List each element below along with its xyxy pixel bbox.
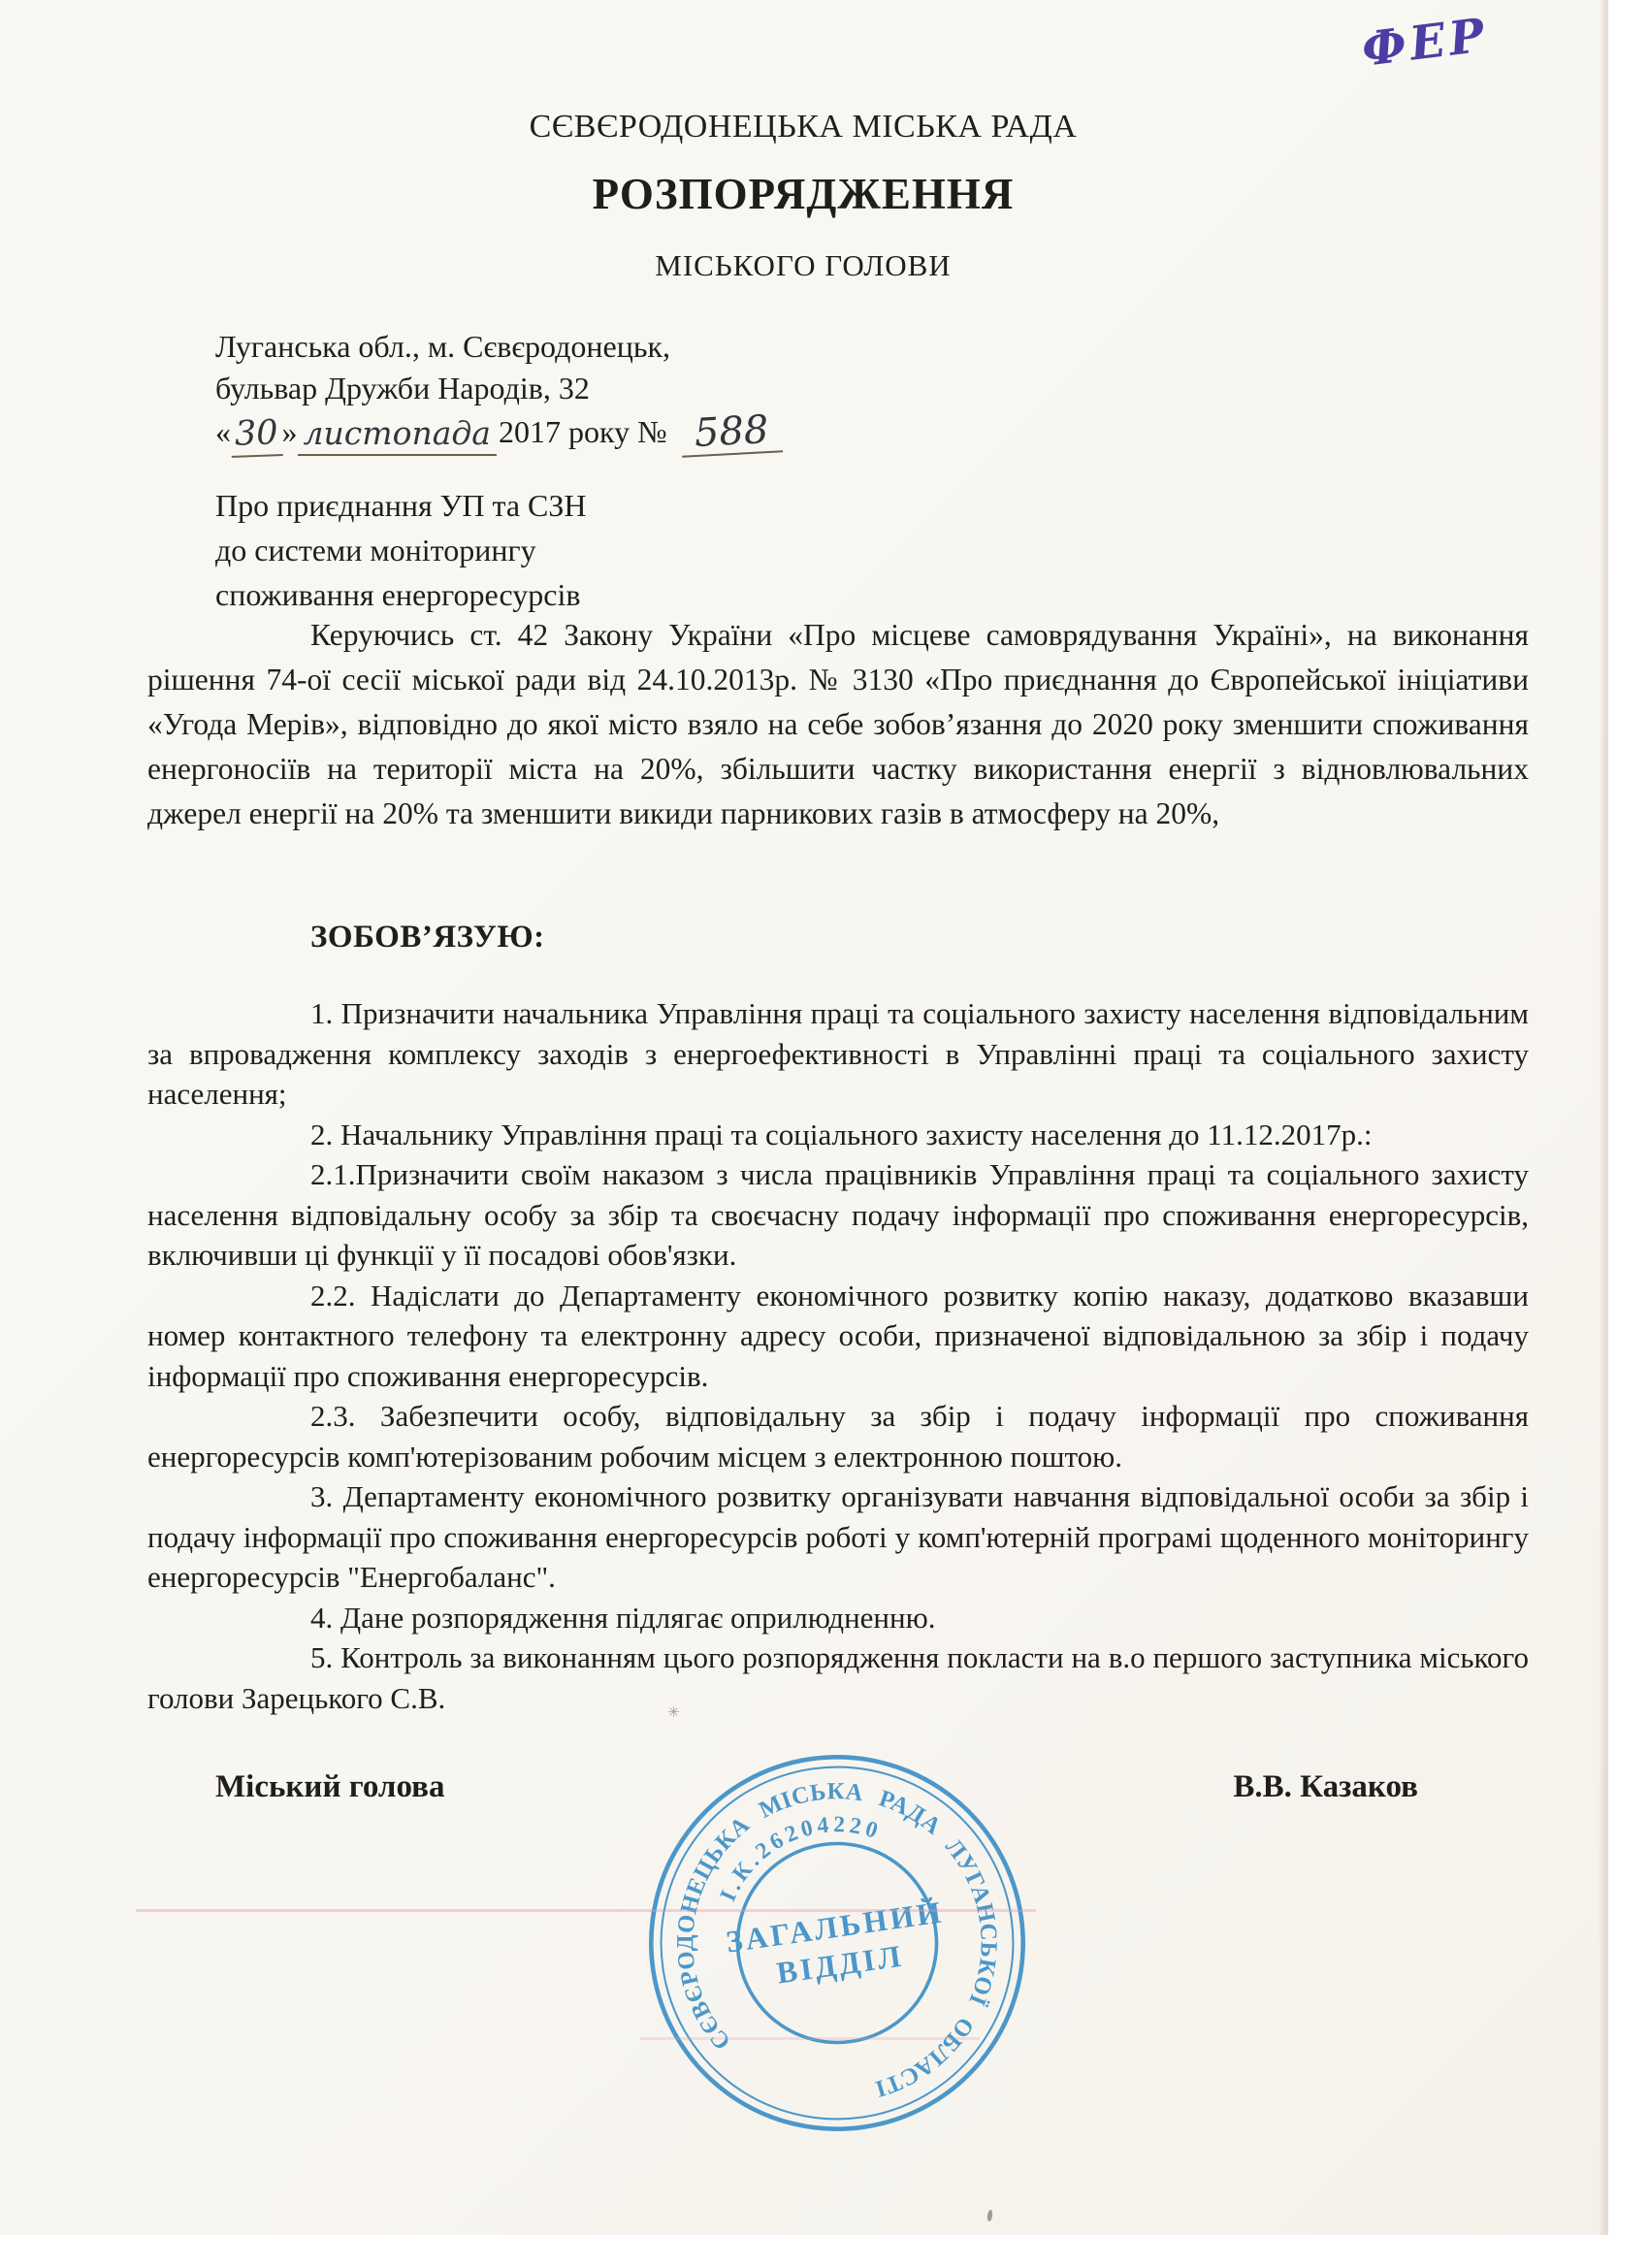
- resolution-heading: ЗОБОВ’ЯЗУЮ:: [310, 920, 545, 956]
- open-quote: «: [215, 414, 231, 449]
- year-and-number-label: 2017 року №: [499, 414, 667, 449]
- preamble-paragraph: Керуючись ст. 42 Закону України «Про міс…: [147, 613, 1529, 836]
- stamp-graphic: СЄВЄРОДОНЕЦЬКА МІСЬКА РАДА ЛУГАНСЬКОЇ ОБ…: [638, 1744, 1036, 2142]
- document-type-title: РОЗПОРЯДЖЕННЯ: [0, 169, 1606, 219]
- date-and-number-line: «30»листопада2017 року №588: [215, 409, 782, 455]
- subject-line-3: споживання енергоресурсів: [215, 572, 587, 617]
- order-item-1: 1. Призначити начальника Управління прац…: [147, 993, 1529, 1115]
- signatory-name: В.В. Казаков: [1233, 1769, 1418, 1805]
- address-line-2: бульвар Дружби Народів, 32: [215, 368, 782, 409]
- subject-line-2: до системи моніторингу: [215, 528, 587, 572]
- order-items: 1. Призначити начальника Управління прац…: [147, 993, 1529, 1718]
- stray-ink-mark: ✳: [667, 1703, 680, 1721]
- order-item-2-1: 2.1.Призначити своїм наказом з числа пра…: [147, 1154, 1529, 1276]
- scan-edge: [1599, 0, 1608, 2235]
- order-item-3: 3. Департаменту економічного розвитку ор…: [147, 1476, 1529, 1598]
- subject-line-1: Про приєднання УП та СЗН: [215, 483, 587, 528]
- scanned-document-page: ФЕР СЄВЄРОДОНЕЦЬКА МІСЬКА РАДА РОЗПОРЯДЖ…: [0, 0, 1649, 2268]
- signatory-title: Міський голова: [215, 1769, 444, 1805]
- order-item-4: 4. Дане розпорядження підлягає оприлюдне…: [147, 1598, 1529, 1638]
- handwritten-day: 30: [230, 412, 282, 458]
- handwritten-document-number: 588: [680, 408, 784, 457]
- document-subtype: МІСЬКОГО ГОЛОВИ: [0, 248, 1606, 283]
- address-line-1: Луганська обл., м. Сєвєродонецьк,: [215, 326, 782, 368]
- close-quote: »: [282, 414, 298, 449]
- handwritten-month: листопада: [298, 412, 497, 456]
- scanner-streak: [136, 1909, 1036, 1912]
- round-official-stamp: СЄВЄРОДОНЕЦЬКА МІСЬКА РАДА ЛУГАНСЬКОЇ ОБ…: [638, 1744, 1036, 2142]
- order-item-2: 2. Начальнику Управління праці та соціал…: [147, 1115, 1529, 1155]
- subject-block: Про приєднання УП та СЗН до системи моні…: [215, 483, 587, 617]
- order-item-2-3: 2.3. Забезпечити особу, відповідальну за…: [147, 1396, 1529, 1476]
- order-item-5: 5. Контроль за виконанням цього розпоряд…: [147, 1637, 1529, 1718]
- scanner-streak-2: [640, 2037, 980, 2040]
- organization-name: СЄВЄРОДОНЕЦЬКА МІСЬКА РАДА: [0, 109, 1606, 146]
- address-block: Луганська обл., м. Сєвєродонецьк, бульва…: [215, 326, 782, 455]
- order-item-2-2: 2.2. Надіслати до Департаменту економічн…: [147, 1276, 1529, 1397]
